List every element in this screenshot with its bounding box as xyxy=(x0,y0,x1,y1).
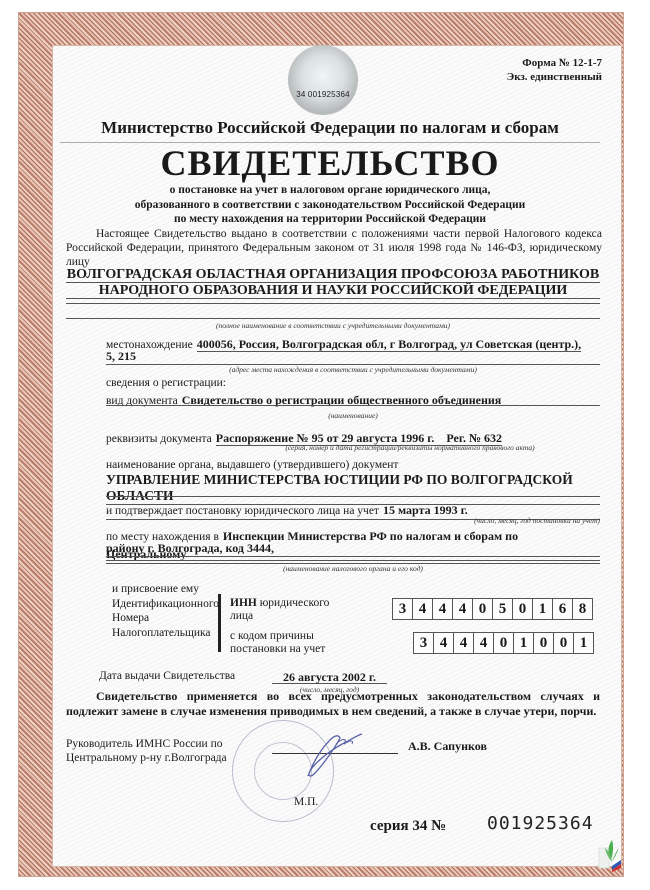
organization-name: ВОЛГОГРАДСКАЯ ОБЛАСТНАЯ ОРГАНИЗАЦИЯ ПРОФ… xyxy=(66,267,600,299)
org-name-note: (полное наименование в соответствии с уч… xyxy=(66,321,600,330)
kpp-digit: 4 xyxy=(473,632,494,654)
inn-label: ИНН юридического лица xyxy=(230,597,329,623)
union-logo-icon xyxy=(597,838,627,872)
inn-digit: 0 xyxy=(512,598,533,620)
form-number: Форма № 12-1-7 xyxy=(507,56,602,70)
head-label-line: Руководитель ИМНС России по xyxy=(66,737,227,751)
blank-line xyxy=(66,318,600,319)
kpp-digits: 344401001 xyxy=(414,632,594,654)
inn-digit: 8 xyxy=(572,598,593,620)
blank-line xyxy=(106,405,600,406)
doc-type-note: (наименование) xyxy=(106,411,600,420)
kpp-digit: 4 xyxy=(453,632,474,654)
issue-date-value: 26 августа 2002 г. xyxy=(272,670,387,685)
intro-paragraph: Настоящее Свидетельство выдано в соответ… xyxy=(66,227,602,269)
inn-digit: 5 xyxy=(492,598,513,620)
inn-digit: 0 xyxy=(472,598,493,620)
stamp-label: М.П. xyxy=(294,796,318,808)
kpp-digit: 0 xyxy=(553,632,574,654)
org-name-line: ВОЛГОГРАДСКАЯ ОБЛАСТНАЯ ОРГАНИЗАЦИЯ ПРОФ… xyxy=(66,267,600,283)
confirm-note: (число, месяц, год постановки на учет) xyxy=(420,516,600,525)
subtitle-line: по месту нахождения на территории Россий… xyxy=(60,212,600,227)
inn-digit: 3 xyxy=(392,598,413,620)
kpp-digit: 1 xyxy=(573,632,594,654)
doc-type-field: вид документа Свидетельство о регистраци… xyxy=(106,391,600,409)
series-label: серия 34 № xyxy=(370,818,446,835)
head-label: Руководитель ИМНС России по Центральному… xyxy=(66,737,227,765)
subtitle-line: образованного в соответствии с законодат… xyxy=(60,198,600,213)
inn-digit: 1 xyxy=(532,598,553,620)
ministry-name: Министерство Российской Федерации по нал… xyxy=(60,118,600,143)
inn-label-bold: ИНН xyxy=(230,597,257,609)
signer-name: А.В. Сапунков xyxy=(408,739,487,754)
head-label-line: Центральному р-ну г.Волгограда xyxy=(66,751,227,765)
location-note: (адрес места нахождения в соответствии с… xyxy=(106,365,600,374)
doc-details-label: реквизиты документа xyxy=(106,433,212,445)
copy-note: Экз. единственный xyxy=(507,70,602,84)
issue-date-label: Дата выдачи Свидетельства xyxy=(99,670,235,682)
issuer-label: наименование органа, выдавшего (утвердив… xyxy=(106,459,398,471)
confirm-date: 15 марта 1993 г. xyxy=(383,503,468,517)
inn-digit: 4 xyxy=(452,598,473,620)
kpp-digit: 0 xyxy=(533,632,554,654)
confirm-label: и подтверждает постановку юридического л… xyxy=(106,505,379,517)
inn-digit: 4 xyxy=(412,598,433,620)
blank-line xyxy=(106,560,600,561)
document-subtitle: о постановке на учет в налоговом органе … xyxy=(60,183,600,227)
kpp-digit: 3 xyxy=(413,632,434,654)
inn-label-line2: лица xyxy=(230,610,329,623)
tax-office-note: (наименование налогового органа и его ко… xyxy=(106,564,600,573)
subtitle-line: о постановке на учет в налоговом органе … xyxy=(60,183,600,198)
document-title: СВИДЕТЕЛЬСТВО xyxy=(60,142,600,184)
kpp-label-line: постановки на учет xyxy=(230,643,325,656)
inn-divider xyxy=(218,594,221,652)
hologram-serial: 34 001925364 xyxy=(290,90,356,99)
kpp-label-line: с кодом причины xyxy=(230,630,325,643)
blank-line xyxy=(66,303,600,304)
doc-details-note: (серия, номер и дата регистрации/реквизи… xyxy=(220,443,600,452)
inn-label-rest: юридического xyxy=(257,597,330,609)
location-value-line2: 5, 215 xyxy=(106,349,600,365)
inn-assign-line: Идентификационного xyxy=(112,597,219,612)
inn-assign-line: Налогоплательщика xyxy=(112,626,219,641)
legal-note: Свидетельство применяется во всех предус… xyxy=(66,689,600,719)
inn-digit: 4 xyxy=(432,598,453,620)
inn-digits: 3444050168 xyxy=(393,598,593,620)
kpp-label: с кодом причины постановки на учет xyxy=(230,630,325,656)
kpp-digit: 4 xyxy=(433,632,454,654)
signature-icon xyxy=(300,730,370,780)
org-name-line: НАРОДНОГО ОБРАЗОВАНИЯ И НАУКИ РОССИЙСКОЙ… xyxy=(66,283,600,299)
tax-office-value-line2: району г. Волгограда, код 3444, xyxy=(106,541,600,557)
inn-digit: 6 xyxy=(552,598,573,620)
series-number: 001925364 xyxy=(487,813,594,834)
blank-line xyxy=(106,496,600,497)
inn-assign-line: Номера xyxy=(112,611,219,626)
inn-assign-line: и присвоение ему xyxy=(112,582,219,597)
form-info: Форма № 12-1-7 Экз. единственный xyxy=(507,56,602,84)
registration-label: сведения о регистрации: xyxy=(106,377,226,389)
inn-assign-label: и присвоение ему Идентификационного Номе… xyxy=(112,582,219,640)
kpp-digit: 1 xyxy=(513,632,534,654)
kpp-digit: 0 xyxy=(493,632,514,654)
hologram-seal-icon xyxy=(288,45,358,115)
